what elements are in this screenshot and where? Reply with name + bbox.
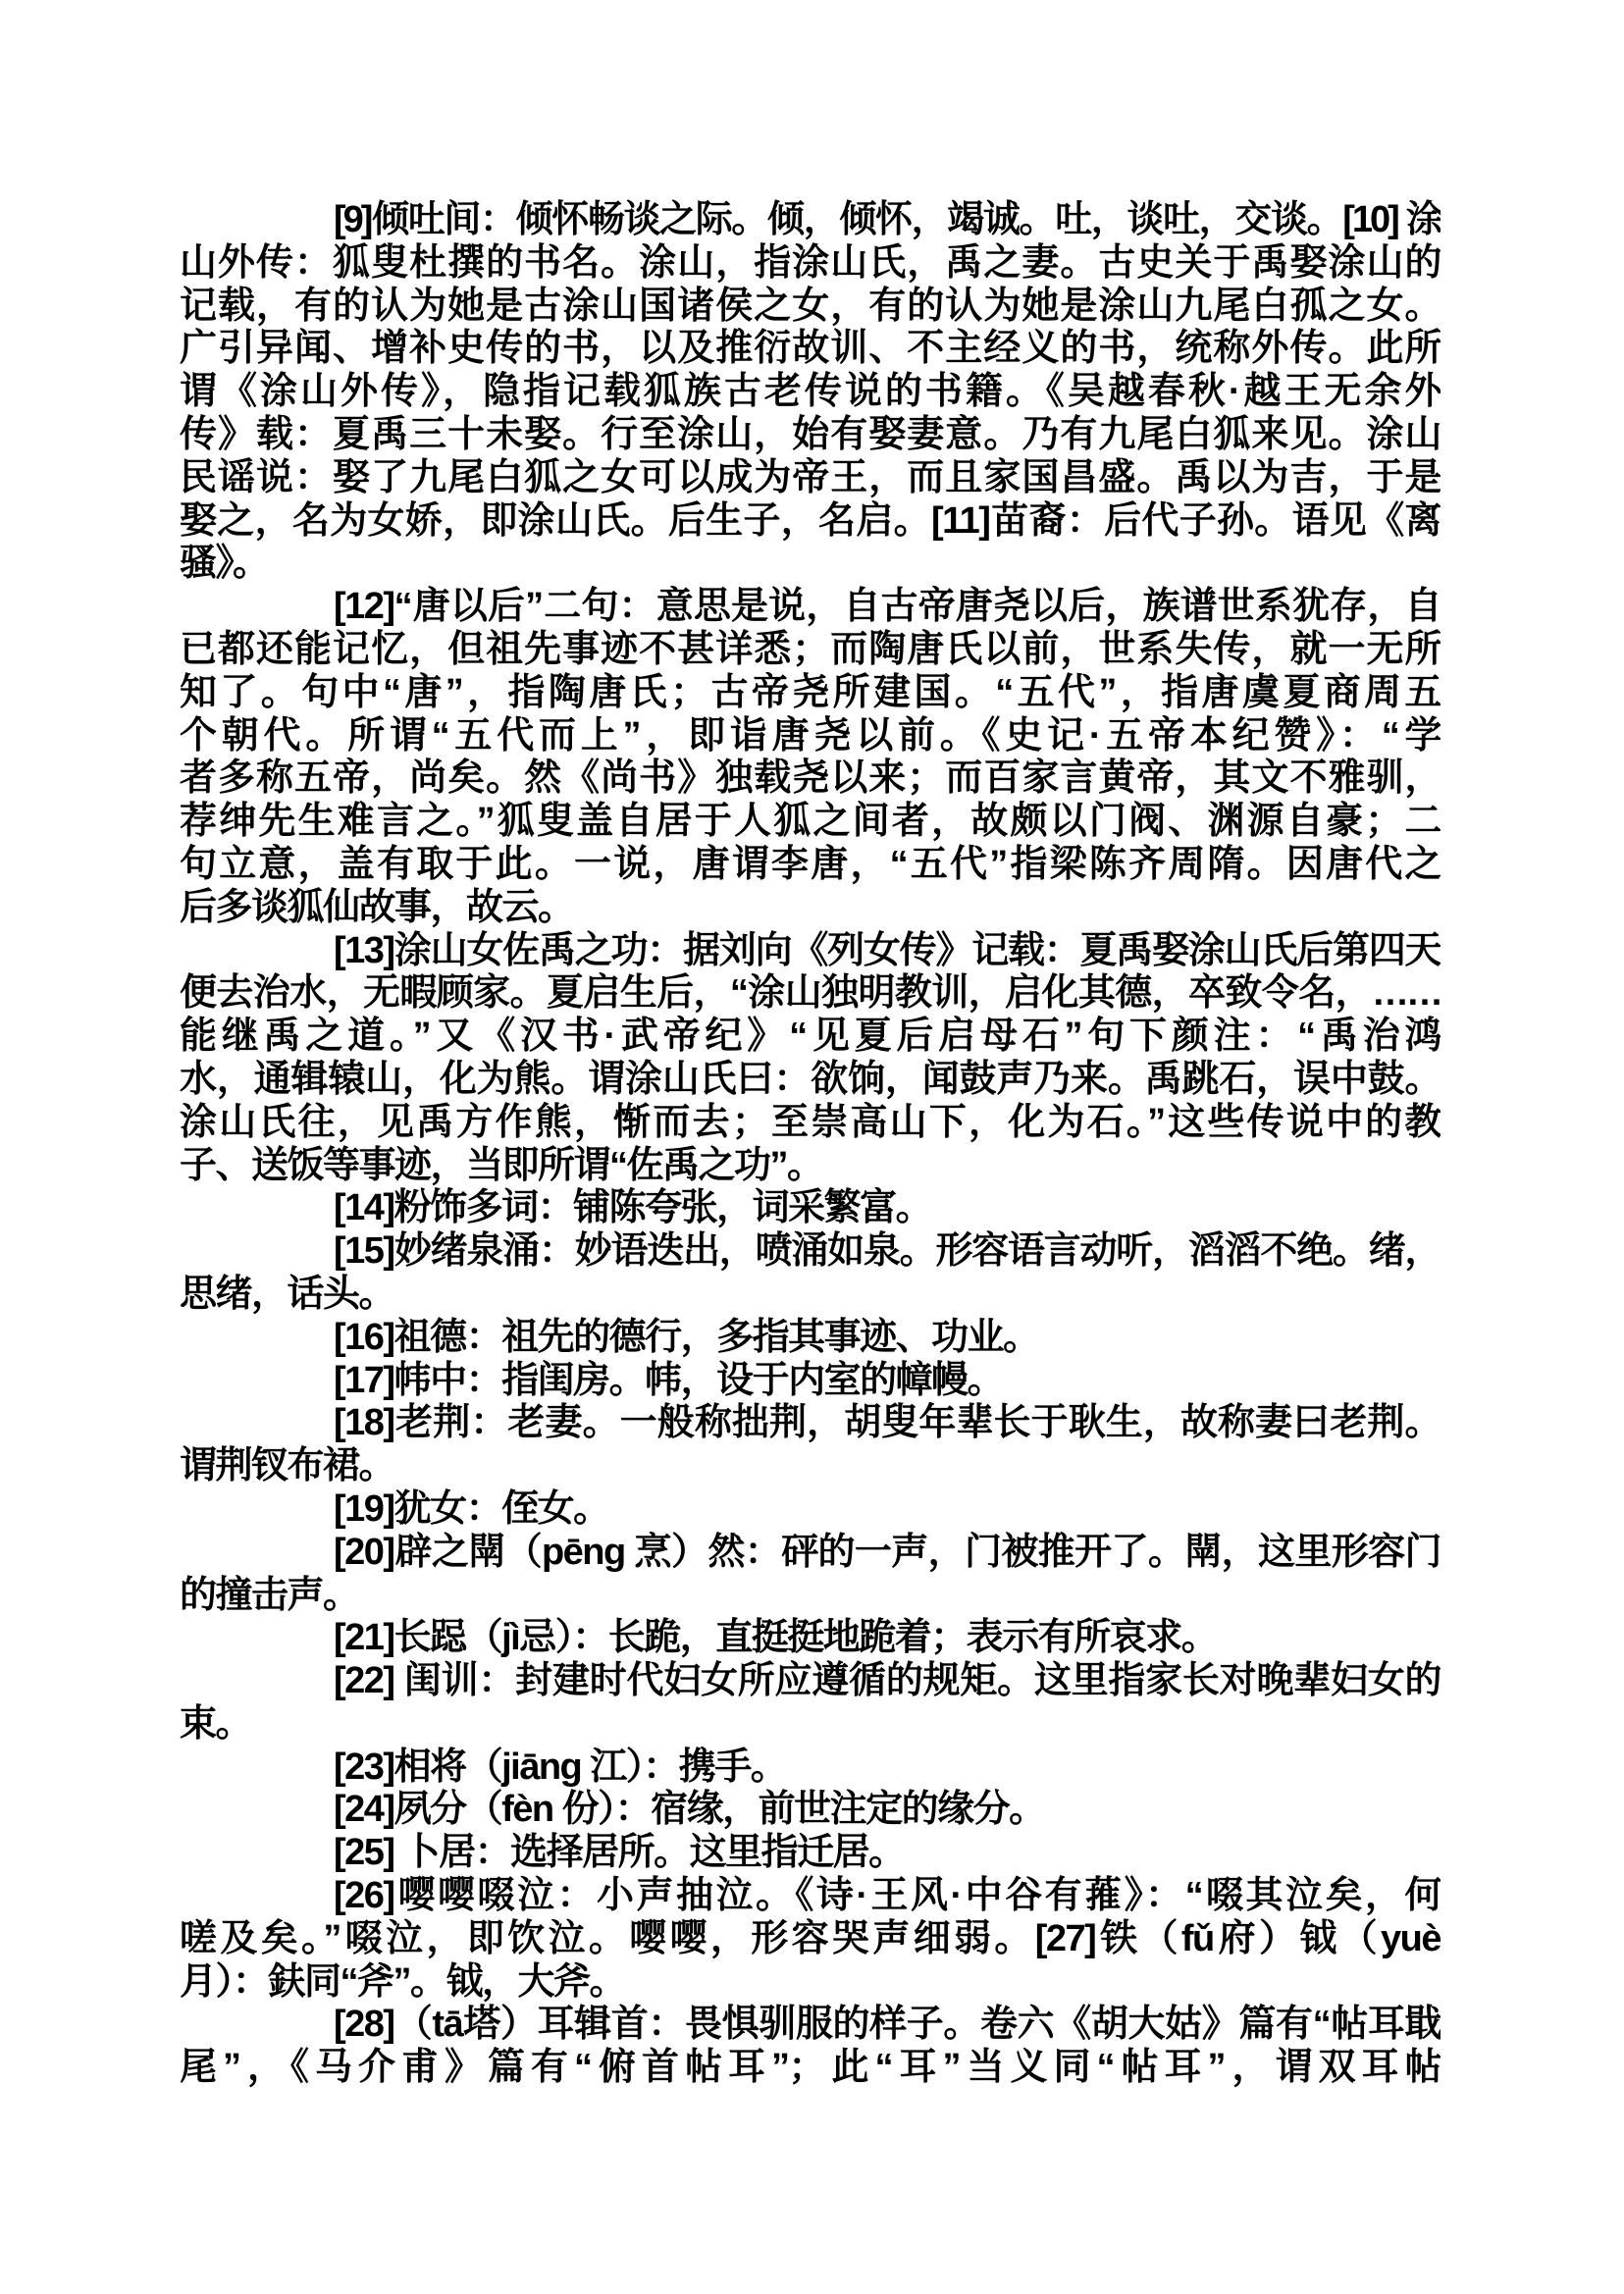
text-line: [19]犹女：侄女。 bbox=[180, 1488, 1441, 1532]
text-line: [14]粉饰多词：铺陈夸张，词采繁富。 bbox=[180, 1187, 1441, 1230]
text-line: [12]“唐以后”二句：意思是说，自古帝唐尧以后，族谱世系犹存，自 bbox=[180, 586, 1441, 629]
text-line: [22] 闺训：封建时代妇女所应遵循的规矩。这里指家长对晚辈妇女的管 bbox=[180, 1660, 1441, 1703]
text-line: [24]夙分（fèn 份）：宿缘，前世注定的缘分。 bbox=[180, 1789, 1441, 1832]
text-line: 记载，有的认为她是古涂山国诸侯之女，有的认为她是涂山九尾白孤之女。 bbox=[180, 286, 1441, 329]
text-line: [13]涂山女佐禹之功：据刘向《列女传》记载：夏禹娶涂山氏后第四天 bbox=[180, 930, 1441, 973]
text-line: 的撞击声。 bbox=[180, 1575, 1441, 1618]
text-line: 嗟及矣。”啜泣，即饮泣。嘤嘤，形容哭声细弱。[27]铁（fǔ府）钺（yuè bbox=[180, 1918, 1441, 1961]
text-line: 山外传：狐叟杜撰的书名。涂山，指涂山氏，禹之妻。古史关于禹娶涂山的 bbox=[180, 242, 1441, 286]
text-line: [16]祖德：祖先的德行，多指其事迹、功业。 bbox=[180, 1317, 1441, 1360]
text-line: 子、送饭等事迹，当即所谓“佐禹之功”。 bbox=[180, 1145, 1441, 1188]
text-line: 水，通辑辕山，化为熊。谓涂山氏曰：欲饷，闻鼓声乃来。禹跳石，误中鼓。 bbox=[180, 1059, 1441, 1102]
text-line: 谓《涂山外传》，隐指记载狐族古老传说的书籍。《吴越春秋·越王无余外 bbox=[180, 371, 1441, 414]
text-line: [17]帏中：指闺房。帏，设于内室的幛幔。 bbox=[180, 1360, 1441, 1403]
text-line: [20]辟之閛（pēng 烹）然：砰的一声，门被推开了。閛，这里形容门扇 bbox=[180, 1532, 1441, 1575]
text-line: 便去治水，无暇顾家。夏启生后，“涂山独明教训，启化其德，卒致令名，…… bbox=[180, 972, 1441, 1016]
text-line: 个朝代。所谓“五代而上”，即诣唐尧以前。《史记·五帝本纪赞》：“学 bbox=[180, 715, 1441, 758]
text-line: 束。 bbox=[180, 1703, 1441, 1747]
text-line: 骚》。 bbox=[180, 543, 1441, 586]
text-line: [15]妙绪泉涌：妙语迭出，喷涌如泉。形容语言动听，滔滔不绝。绪， bbox=[180, 1230, 1441, 1274]
text-line: 娶之，名为女娇，即涂山氏。后生子，名启。[11]苗裔：后代子孙。语见《离 bbox=[180, 500, 1441, 544]
text-line: 荐绅先生难言之。”狐叟盖自居于人狐之间者，故颇以门阀、渊源自豪；二 bbox=[180, 801, 1441, 844]
text-line: 月）：鈇同“斧”。钺，大斧。 bbox=[180, 1961, 1441, 2005]
text-line: [18]老荆：老妻。一般称拙荆，胡叟年辈长于耿生，故称妻曰老荆。荆， bbox=[180, 1402, 1441, 1445]
text-line: 涂山氏往，见禹方作熊，惭而去；至崇高山下，化为石。”这些传说中的教 bbox=[180, 1102, 1441, 1145]
text-line: 传》载：夏禹三十未娶。行至涂山，始有娶妻意。乃有九尾白狐来见。涂山 bbox=[180, 414, 1441, 457]
text-line: 者多称五帝，尚矣。然《尚书》独载尧以来；而百家言黄帝，其文不雅驯， bbox=[180, 757, 1441, 801]
annotations-text-block: [9]倾吐间：倾怀畅谈之际。倾，倾怀，竭诚。吐，谈吐，交谈。[10] 涂山外传：… bbox=[180, 199, 1441, 2090]
text-line: 知了。句中“唐”，指陶唐氏；古帝尧所建国。“五代”，指唐虞夏商周五 bbox=[180, 672, 1441, 715]
text-line: 广引异闻、增补史传的书，以及推衍故训、不主经义的书，统称外传。此所 bbox=[180, 328, 1441, 371]
text-line: 后多谈狐仙故事，故云。 bbox=[180, 887, 1441, 930]
text-line: 思绪，话头。 bbox=[180, 1274, 1441, 1317]
document-page: [9]倾吐间：倾怀畅谈之际。倾，倾怀，竭诚。吐，谈吐，交谈。[10] 涂山外传：… bbox=[0, 0, 1624, 2294]
text-line: 已都还能记忆，但祖先事迹不甚详悉；而陶唐氏以前，世系失传，就一无所 bbox=[180, 629, 1441, 672]
text-line: 谓荆钗布裙。 bbox=[180, 1445, 1441, 1488]
text-line: [23]相将（jiāng 江）：携手。 bbox=[180, 1747, 1441, 1790]
text-line: [21]长跽（jì忌）：长跪，直挺挺地跪着；表示有所哀求。 bbox=[180, 1617, 1441, 1660]
text-line: 尾”，《马介甫》篇有“俯首帖耳”；此“耳”当义同“帖耳”，谓双耳帖 bbox=[180, 2047, 1441, 2090]
text-line: [9]倾吐间：倾怀畅谈之际。倾，倾怀，竭诚。吐，谈吐，交谈。[10] 涂 bbox=[180, 199, 1441, 242]
text-line: [28]（tā塔）耳辑首：畏惧驯服的样子。卷六《胡大姑》篇有“帖耳戢 bbox=[180, 2004, 1441, 2047]
text-line: [25] 卜居：选择居所。这里指迁居。 bbox=[180, 1832, 1441, 1875]
text-line: 句立意，盖有取于此。一说，唐谓李唐，“五代”指梁陈齐周隋。因唐代之 bbox=[180, 844, 1441, 887]
text-line: 民谣说：娶了九尾白狐之女可以成为帝王，而且家国昌盛。禹以为吉，于是 bbox=[180, 457, 1441, 500]
text-line: [26]嘤嘤啜泣：小声抽泣。《诗·王风·中谷有蓷》：“啜其泣矣，何 bbox=[180, 1875, 1441, 1918]
text-line: 能继禹之道。”又《汉书·武帝纪》“见夏后启母石”句下颜注：“禹治鸿 bbox=[180, 1016, 1441, 1059]
